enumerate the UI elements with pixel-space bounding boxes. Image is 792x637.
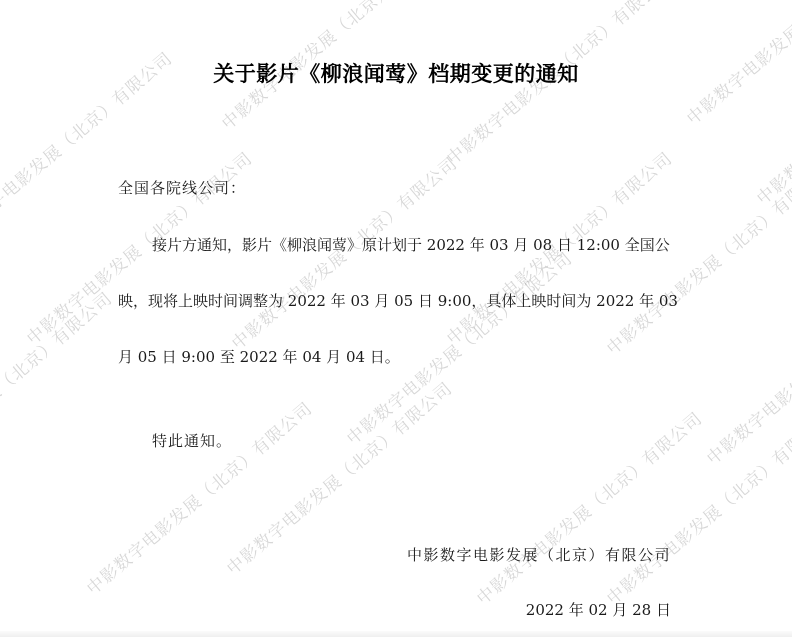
closing-statement: 特此通知。	[152, 430, 232, 451]
body-line-3: 月 05 日 9:00 至 2022 年 04 月 04 日。	[118, 346, 400, 367]
signer-company: 中影数字电影发展（北京）有限公司	[407, 544, 671, 565]
notice-title: 关于影片《柳浪闻莺》档期变更的通知	[0, 58, 792, 88]
body-line-1: 接片方通知，影片《柳浪闻莺》原计划于 2022 年 03 月 08 日 12:0…	[152, 234, 670, 255]
page-bottom-edge	[0, 631, 792, 637]
body-line-2: 映，现将上映时间调整为 2022 年 03 月 05 日 9:00，具体上映时间…	[118, 290, 678, 311]
document-page	[0, 0, 792, 632]
salutation: 全国各院线公司：	[118, 177, 246, 198]
issue-date: 2022 年 02 月 28 日	[526, 599, 671, 620]
